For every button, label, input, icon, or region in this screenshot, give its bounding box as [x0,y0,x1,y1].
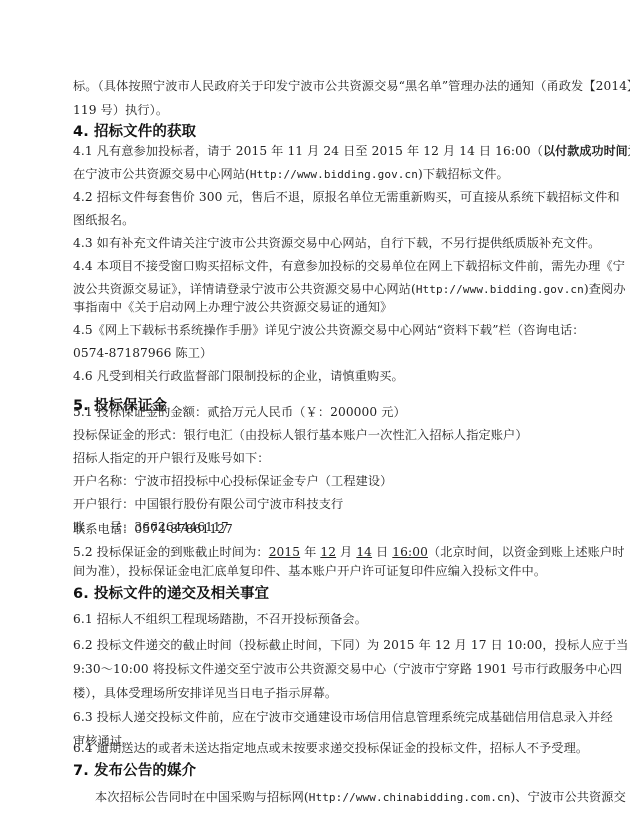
para-4-1-bold: 以付款成功时间为准 [543,144,630,158]
para-5-2-line-2: 间为准），投标保证金电汇底单复印件、基本账户开户许可证复印件应编入投标文件中。 [73,563,564,579]
contact-phone: 联系电话：0574-87861127 [73,521,564,537]
para-4-3: 4.3 如有补充文件请关注宁波市公共资源交易中心网站，自行下载，不另行提供纸质版… [73,235,564,251]
para-6-2-line-1: 6.2 投标文件递交的截止时间（投标截止时间，下同）为 2015 年 12 月 … [73,637,564,653]
para-4-5-line-1: 4.5《网上下载标书系统操作手册》详见宁波公共资源交易中心网站“资料下载”栏（咨… [73,322,564,338]
para-6-1: 6.1 招标人不组织工程现场踏勘，不召开投标预备会。 [73,611,564,627]
para-6-4: 6.4 逾期送达的或者未送达指定地点或未按要求递交投标保证金的投标文件，招标人不… [73,740,564,756]
bidding-site-link[interactable]: Http://www.bidding.gov.cn [250,168,418,181]
day-unit: 日 [372,545,392,559]
year-unit: 年 [300,545,320,559]
para-4-4-line-2: 波公共资源交易证》，详情请登录宁波市公共资源交易中心网站(Http://www.… [73,281,564,298]
bank-name: 开户银行：中国银行股份有限公司宁波市科技支行 [73,496,564,512]
section-4-heading: 4. 招标文件的获取 [73,124,564,140]
month-unit: 月 [336,545,356,559]
deadline-time: 16:00 [392,545,428,559]
para-5-2-text: 5.2 投标保证金的到账截止时间为： [73,545,269,559]
section-7-heading: 7. 发布公告的媒介 [73,763,564,779]
section-6-heading: 6. 投标文件的递交及相关事宜 [73,586,564,602]
deposit-form: 投标保证金的形式：银行电汇（由投标人银行基本账户一次性汇入招标人指定账户） [73,427,564,443]
chinabidding-link[interactable]: Http://www.chinabidding.com.cn [309,791,511,804]
para-4-6: 4.6 凡受到相关行政监督部门限制投标的企业，请慎重购买。 [73,368,564,384]
para-4-1-line-2: 在宁波市公共资源交易中心网站(Http://www.bidding.gov.cn… [73,166,564,183]
account-name: 开户名称：宁波市招投标中心投标保证金专户（工程建设） [73,473,564,489]
para-4-1-line-2-tail: )下载招标文件。 [418,167,509,181]
para-6-2-line-3: 楼），具体受理场所安排详见当日电子指示屏幕。 [73,685,564,701]
para-4-4-line-2-tail: )查阅办 [584,282,626,296]
para-4-5-line-2: 0574-87187966 陈工） [73,345,564,361]
intro-line-1: 标。（具体按照宁波市人民政府关于印发宁波市公共资源交易“黑名单”管理办法的通知（… [73,78,564,94]
deadline-day: 14 [356,545,372,559]
para-4-1: 4.1 凡有意参加投标者，请于 2015 年 11 月 24 日至 2015 年… [73,143,564,159]
para-4-2-line-1: 4.2 招标文件每套售价 300 元，售后不退，原报名单位无需重新购买，可直接从… [73,189,564,205]
para-4-4-line-3: 事指南中《关于启动网上办理宁波公共资源交易证的通知》 [73,299,564,315]
intro-line-2: 119 号）执行）。 [73,102,564,118]
para-4-4-line-1: 4.4 本项目不接受窗口购买招标文件，有意参加投标的交易单位在网上下载招标文件前… [73,258,564,274]
deadline-year: 2015 [269,545,300,559]
para-7-1-text: 本次招标公告同时在中国采购与招标网( [95,790,309,804]
para-6-2-line-2: 9:30～10:00 将投标文件递交至宁波市公共资源交易中心（宁波市宁穿路 19… [73,661,564,677]
para-7-1: 本次招标公告同时在中国采购与招标网(Http://www.chinabiddin… [95,789,564,806]
para-4-2-line-2: 图纸报名。 [73,212,564,228]
para-4-1-text: 4.1 凡有意参加投标者，请于 2015 年 11 月 24 日至 2015 年… [73,144,543,158]
para-4-4-line-2-text: 波公共资源交易证》，详情请登录宁波市公共资源交易中心网站( [73,282,416,296]
para-7-1-tail: )、宁波市公共资源交 [510,790,625,804]
bidding-site-link-2[interactable]: Http://www.bidding.gov.cn [416,283,584,296]
para-4-1-line-2-text: 在宁波市公共资源交易中心网站( [73,167,250,181]
account-intro: 招标人指定的开户银行及账号如下： [73,450,564,466]
para-5-1: 5.1 投标保证金的金额：贰拾万元人民币（￥：200000 元） [73,404,564,420]
deadline-month: 12 [320,545,336,559]
para-5-2-line-1: 5.2 投标保证金的到账截止时间为：2015 年 12 月 14 日 16:00… [73,544,564,560]
para-5-2-suffix: （北京时间，以资金到账上述账户时 [428,545,625,559]
para-6-3-line-1: 6.3 投标人递交投标文件前，应在宁波市交通建设市场信用信息管理系统完成基础信用… [73,709,564,725]
